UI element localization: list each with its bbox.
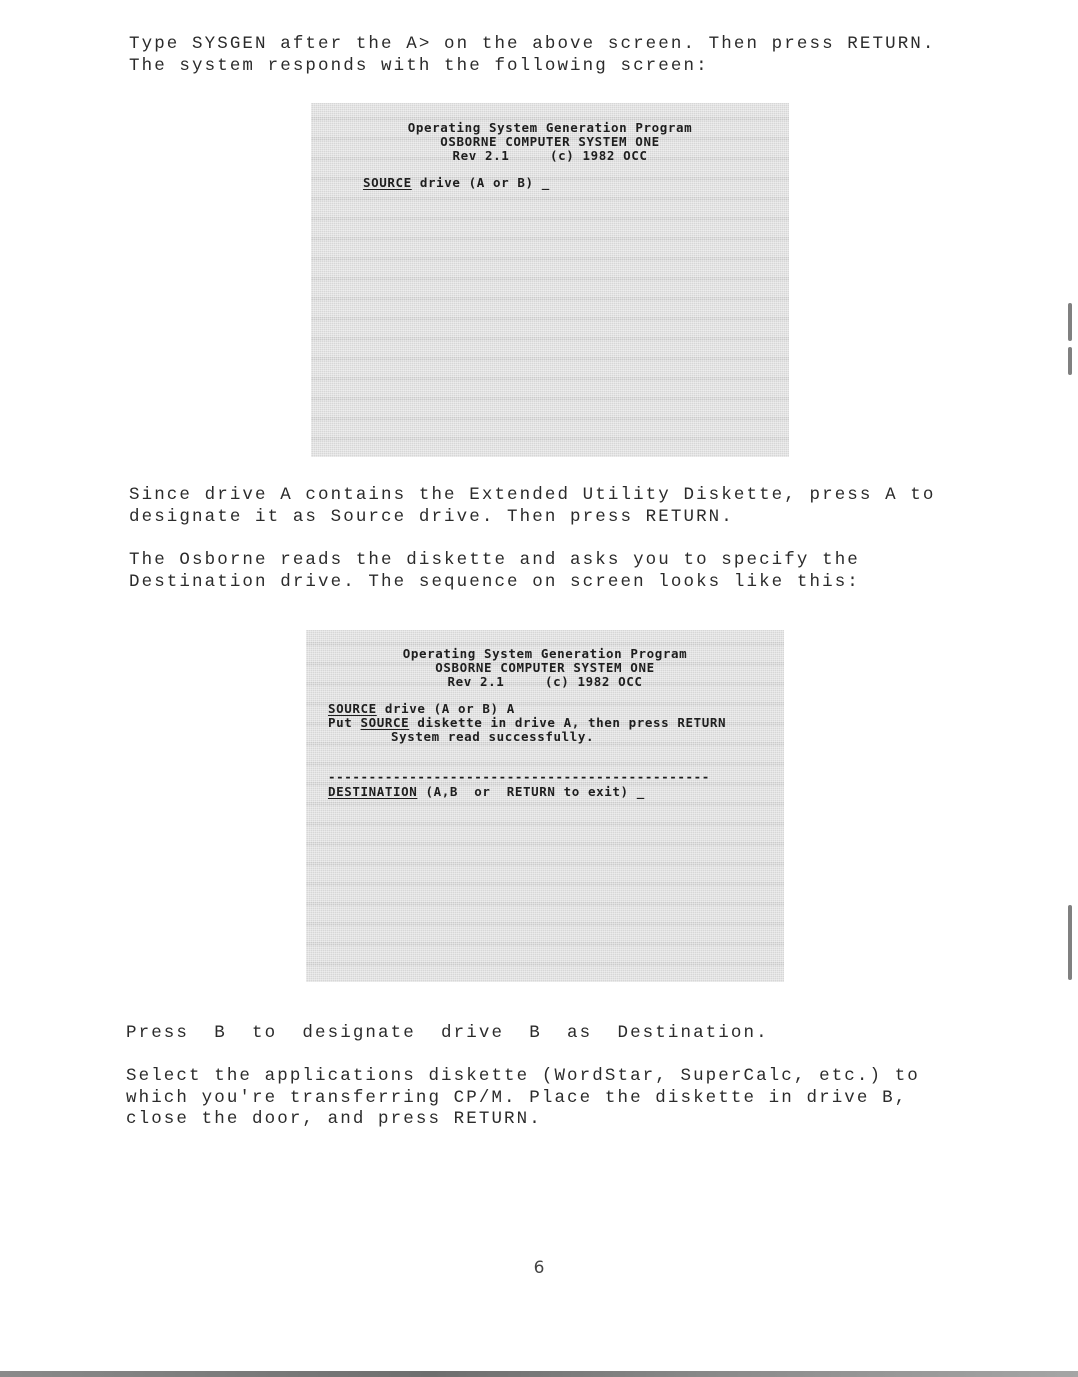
text-line: The Osborne reads the diskette and asks … bbox=[129, 550, 860, 570]
read-success-message: System read successfully. bbox=[391, 730, 594, 744]
screen-revision: Rev 2.1 (c) 1982 OCC bbox=[306, 675, 784, 689]
text-line: Select the applications diskette (WordSt… bbox=[126, 1066, 920, 1086]
text-line: Type SYSGEN after the A> on the above sc… bbox=[129, 34, 936, 54]
put-prefix: Put bbox=[328, 715, 361, 730]
binder-ring-mark bbox=[1068, 347, 1072, 375]
screen-title: Operating System Generation Program bbox=[311, 121, 789, 135]
separator-line: ----------------------------------------… bbox=[328, 770, 710, 784]
source-label: SOURCE bbox=[361, 715, 410, 730]
source-prompt-text: drive (A or B) A bbox=[377, 701, 515, 716]
text-line: The system responds with the following s… bbox=[129, 56, 709, 76]
source-prompt: SOURCE drive (A or B) _ bbox=[363, 176, 550, 190]
binder-ring-mark bbox=[1068, 303, 1072, 341]
scan-edge-strip bbox=[0, 1371, 1078, 1377]
text-line: which you're transferring CP/M. Place th… bbox=[126, 1088, 907, 1108]
binder-ring-mark bbox=[1068, 905, 1072, 980]
sysgen-destination-screen: Operating System Generation Program OSBO… bbox=[306, 630, 784, 982]
destination-intro-paragraph: The Osborne reads the diskette and asks … bbox=[129, 550, 860, 593]
source-label: SOURCE bbox=[363, 175, 412, 190]
destination-prompt-text: (A,B or RETURN to exit) _ bbox=[417, 784, 645, 799]
destination-prompt: DESTINATION (A,B or RETURN to exit) _ bbox=[328, 785, 645, 799]
source-paragraph: Since drive A contains the Extended Util… bbox=[129, 485, 936, 528]
source-prompt: SOURCE drive (A or B) A bbox=[328, 702, 515, 716]
source-label: SOURCE bbox=[328, 701, 377, 716]
text-line: close the door, and press RETURN. bbox=[126, 1109, 542, 1129]
page-number: 6 bbox=[0, 1258, 1078, 1278]
intro-paragraph: Type SYSGEN after the A> on the above sc… bbox=[129, 34, 936, 77]
text-line: Press B to designate drive B as Destinat… bbox=[126, 1023, 769, 1043]
put-suffix: diskette in drive A, then press RETURN bbox=[409, 715, 726, 730]
screen-title: Operating System Generation Program bbox=[306, 647, 784, 661]
sysgen-source-screen: Operating System Generation Program OSBO… bbox=[311, 103, 789, 457]
screen-subtitle: OSBORNE COMPUTER SYSTEM ONE bbox=[306, 661, 784, 675]
destination-label: DESTINATION bbox=[328, 784, 417, 799]
text-line: Since drive A contains the Extended Util… bbox=[129, 485, 936, 505]
screen-subtitle: OSBORNE COMPUTER SYSTEM ONE bbox=[311, 135, 789, 149]
screen-revision: Rev 2.1 (c) 1982 OCC bbox=[311, 149, 789, 163]
text-line: Destination drive. The sequence on scree… bbox=[129, 572, 860, 592]
select-diskette-paragraph: Select the applications diskette (WordSt… bbox=[126, 1066, 920, 1131]
press-b-paragraph: Press B to designate drive B as Destinat… bbox=[126, 1023, 769, 1045]
put-source-message: Put SOURCE diskette in drive A, then pre… bbox=[328, 716, 726, 730]
text-line: designate it as Source drive. Then press… bbox=[129, 507, 734, 527]
source-prompt-text: drive (A or B) _ bbox=[412, 175, 550, 190]
